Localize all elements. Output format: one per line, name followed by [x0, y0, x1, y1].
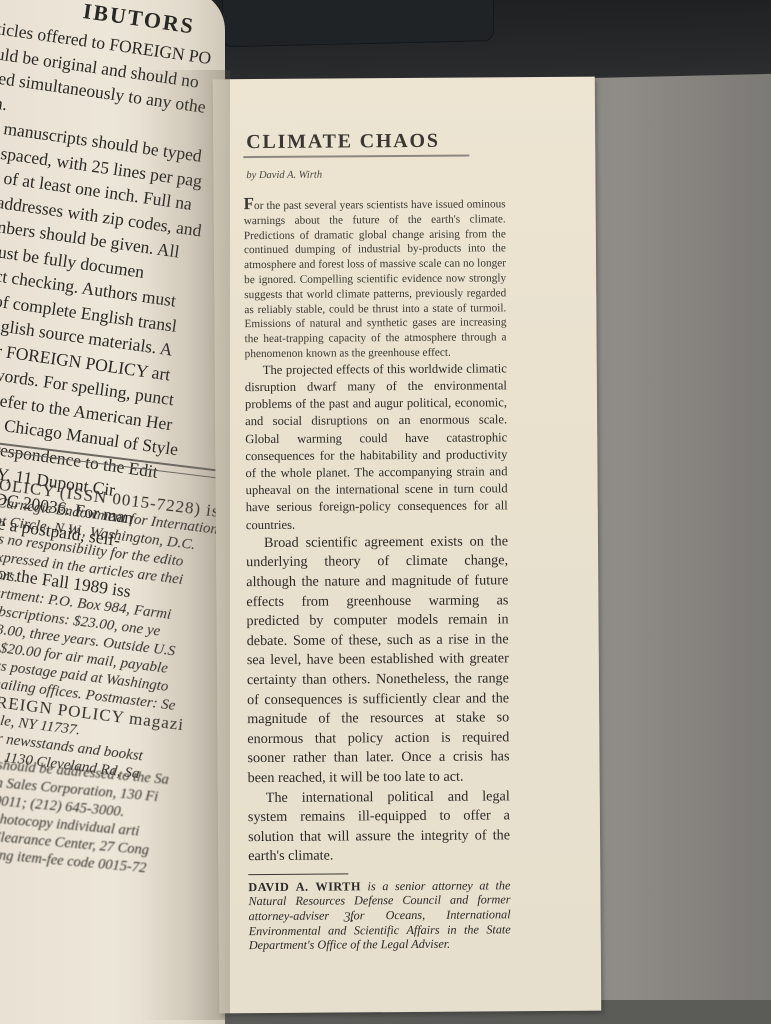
permissions-info: should be addressed to the Sa n Sales Co…	[0, 756, 225, 890]
body-paragraph: The projected effects of this worldwide …	[245, 360, 508, 534]
title-underline	[243, 155, 469, 159]
author-name: DAVID A. WIRTH	[248, 879, 361, 894]
body-paragraph: The international political and legal sy…	[248, 787, 511, 867]
body-paragraph: Broad scientific agreement exists on the…	[246, 532, 510, 789]
page-number: 3.	[344, 910, 355, 926]
byline: by David A. Wirth	[246, 168, 505, 181]
contributors-guidelines: IBUTORS rticles offered to FOREIGN PO ou…	[0, 0, 225, 36]
masthead-info: OLICY (ISSN 0015-7228) is publis Carnegi…	[0, 476, 225, 798]
article-title: CLIMATE CHAOS	[246, 129, 505, 154]
cover-recess	[222, 0, 494, 47]
right-page: CLIMATE CHAOS by David A. Wirth For the …	[213, 77, 602, 1014]
lead-paragraph-text: or the past several years scientists hav…	[244, 198, 507, 360]
article: CLIMATE CHAOS by David A. Wirth For the …	[243, 129, 511, 953]
left-page: IBUTORS rticles offered to FOREIGN PO ou…	[0, 0, 225, 1024]
bio-divider	[248, 873, 348, 875]
magazine-cover-edge	[150, 0, 771, 88]
author-bio: DAVID A. WIRTH is a senior attorney at t…	[248, 878, 511, 953]
lead-paragraph: For the past several years scientists ha…	[244, 195, 507, 362]
drop-cap: F	[244, 194, 255, 213]
